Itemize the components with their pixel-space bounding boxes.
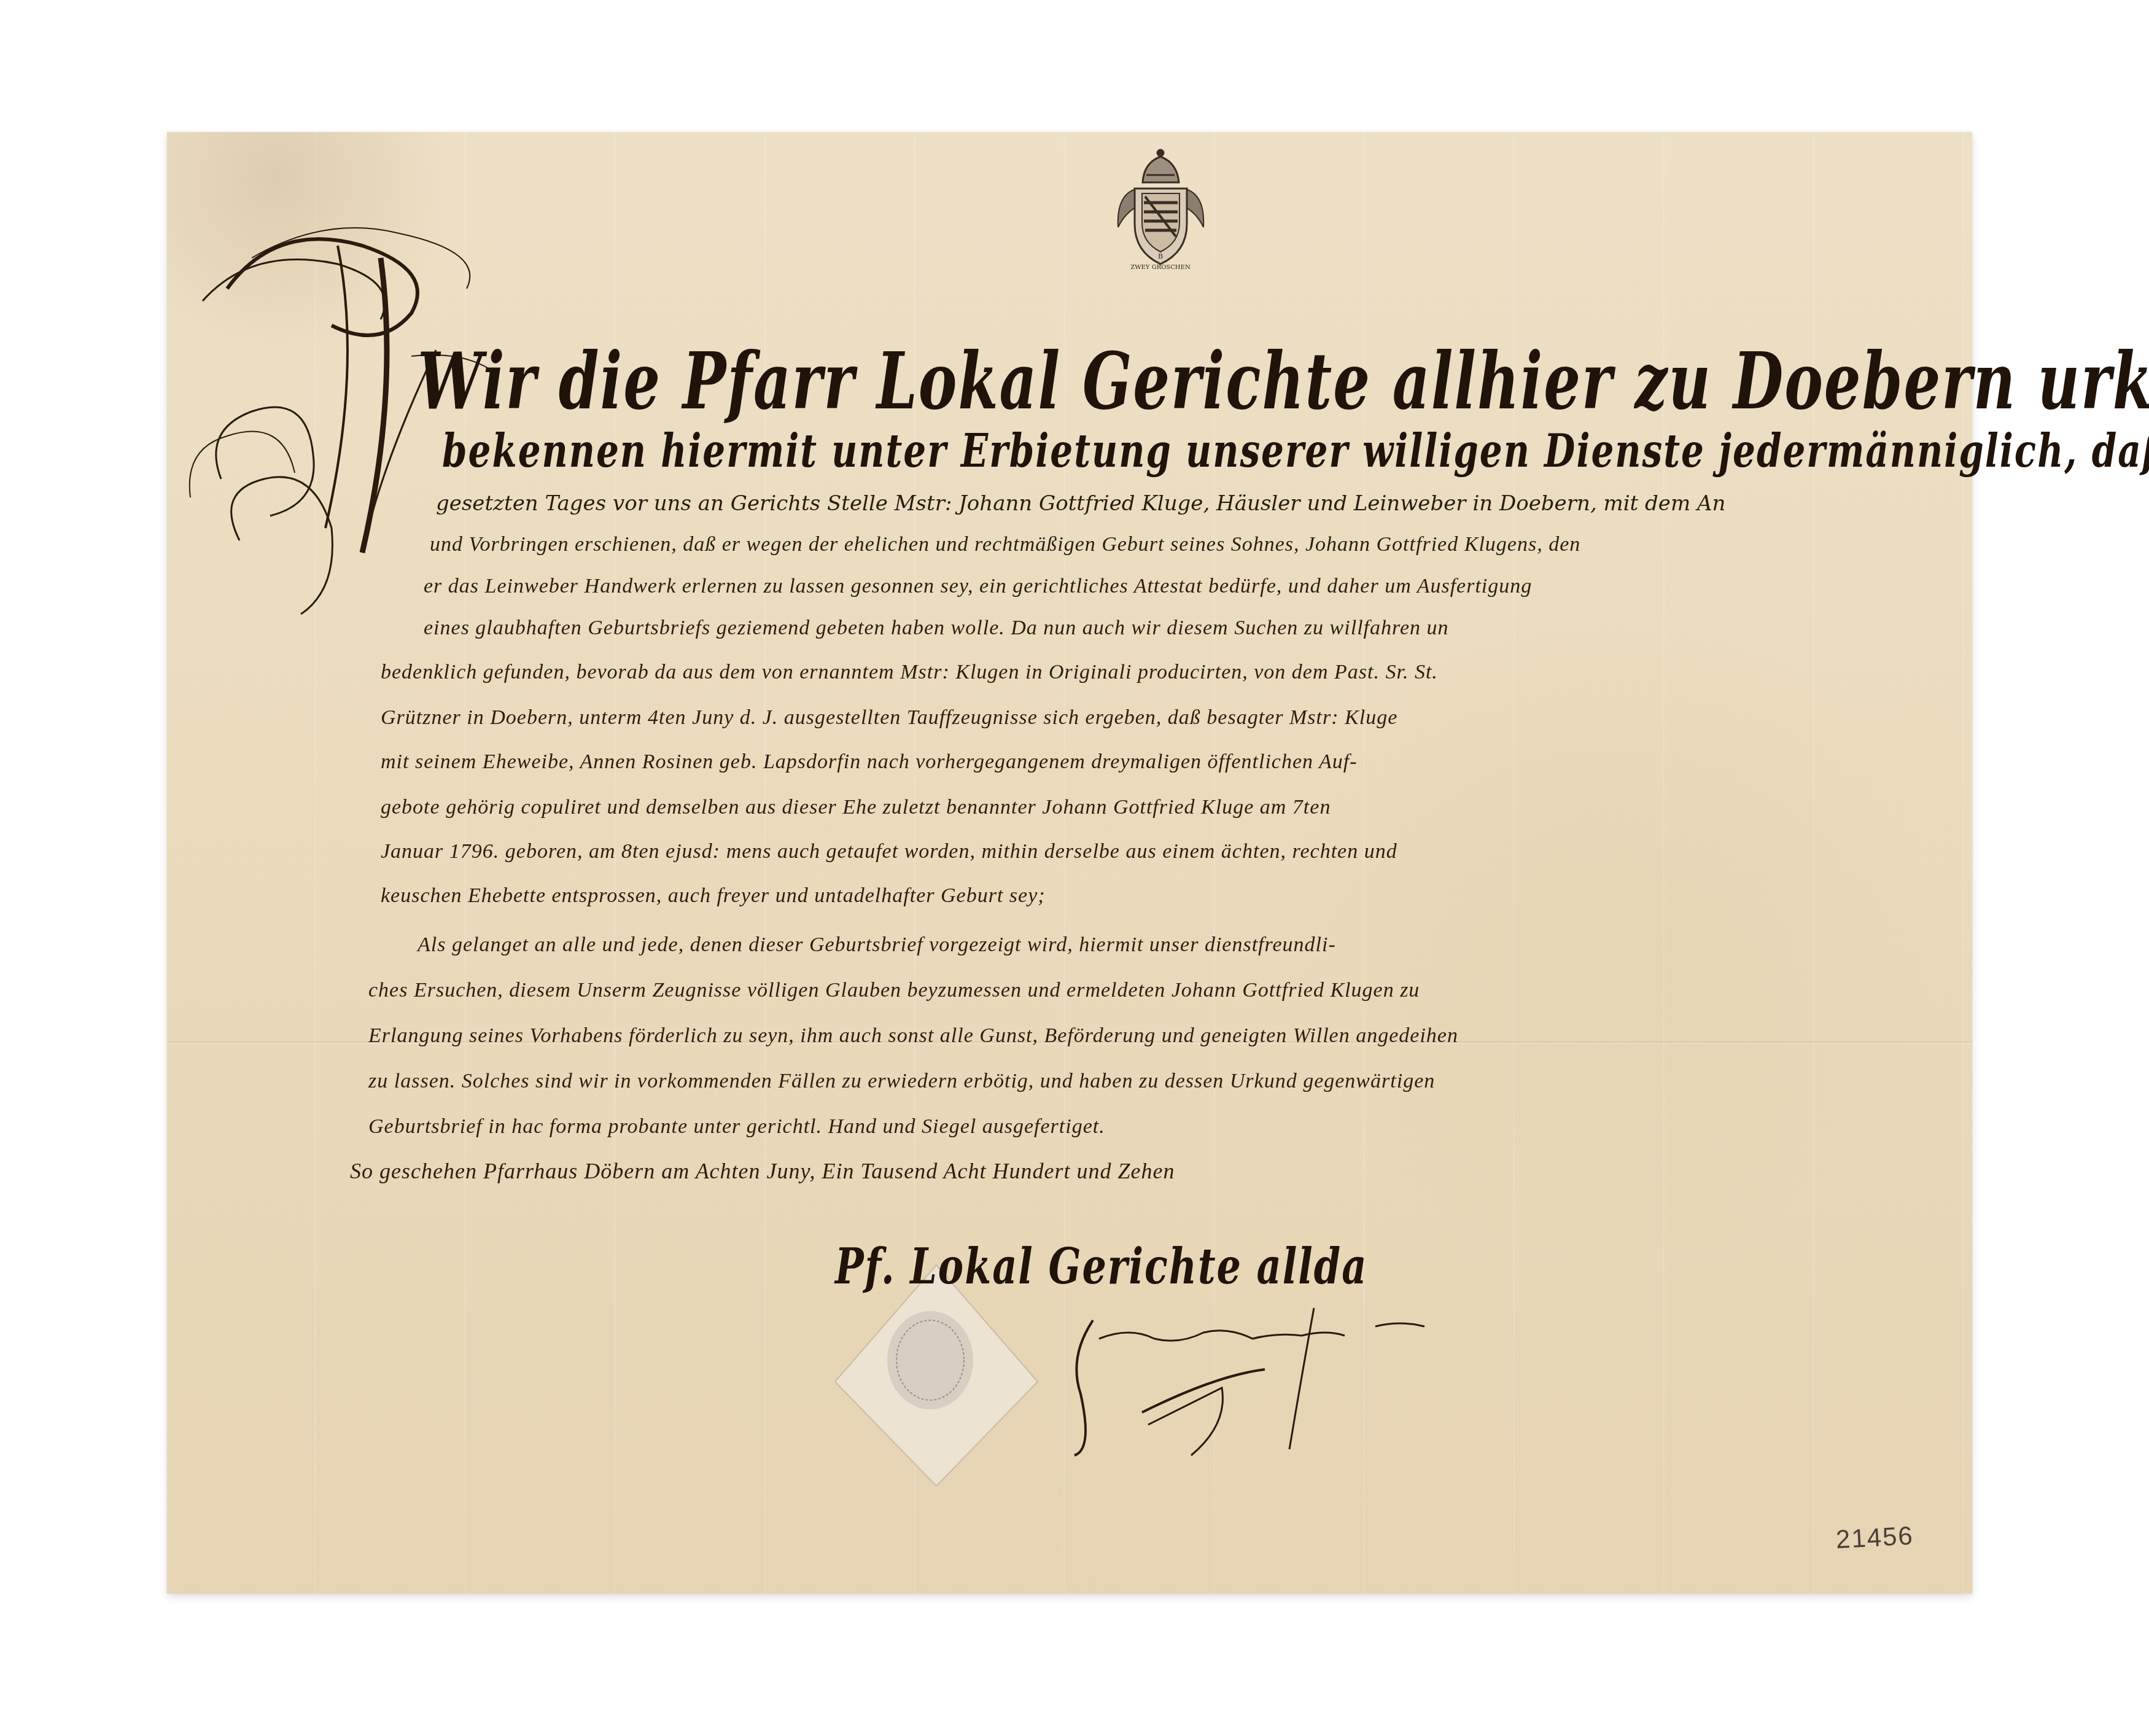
- coat-of-arms-icon: B ZWEY GROSCHEN: [1107, 144, 1214, 273]
- text-line-16: Geburtsbrief in hac forma probante unter…: [368, 1115, 1105, 1139]
- signature: [1056, 1302, 1486, 1462]
- text-line-5: eines glaubhaften Geburtsbriefs geziemen…: [424, 617, 1449, 640]
- handwritten-signature-icon: [1056, 1302, 1486, 1462]
- text-line-14: Erlangung seines Vorhabens förderlich zu…: [368, 1024, 1458, 1048]
- text-line-7: Grützner in Doebern, unterm 4ten Juny d.…: [381, 706, 1397, 730]
- text-line-dateline: So geschehen Pfarrhaus Döbern am Achten …: [350, 1158, 1175, 1184]
- text-line-9: gebote gehörig copuliret und demselben a…: [381, 796, 1331, 819]
- text-line-8: mit seinem Eheweibe, Annen Rosinen geb. …: [381, 750, 1357, 774]
- text-line-6: bedenklich gefunden, bevorab da aus dem …: [381, 661, 1438, 684]
- text-line-10: Januar 1796. geboren, am 8ten ejusd: men…: [381, 840, 1397, 863]
- text-line-3: und Vorbringen erschienen, daß er wegen …: [430, 533, 1580, 556]
- text-line-11: keuschen Ehebette entsprossen, auch frey…: [381, 884, 1046, 908]
- text-line-2: gesetzten Tages vor uns an Gerichts Stel…: [436, 491, 1725, 516]
- text-line-4: er das Leinweber Handwerk erlernen zu la…: [424, 575, 1532, 598]
- document-heading: Wir die Pfarr Lokal Gerichte allhier zu …: [418, 337, 2149, 428]
- signature-heading: Pf. Lokal Gerichte allda: [835, 1237, 1367, 1296]
- catalog-number: 21456: [1835, 1521, 1914, 1555]
- svg-text:B: B: [1158, 252, 1163, 260]
- text-line-13: ches Ersuchen, diesem Unserm Zeugnisse v…: [368, 979, 1420, 1002]
- text-line-1: bekennen hiermit unter Erbietung unserer…: [442, 424, 2149, 478]
- tax-stamp: B ZWEY GROSCHEN: [1107, 144, 1214, 273]
- svg-text:ZWEY GROSCHEN: ZWEY GROSCHEN: [1130, 264, 1191, 271]
- text-line-15: zu lassen. Solches sind wir in vorkommen…: [368, 1070, 1435, 1093]
- text-line-12: Als gelanget an alle und jede, denen die…: [418, 933, 1336, 957]
